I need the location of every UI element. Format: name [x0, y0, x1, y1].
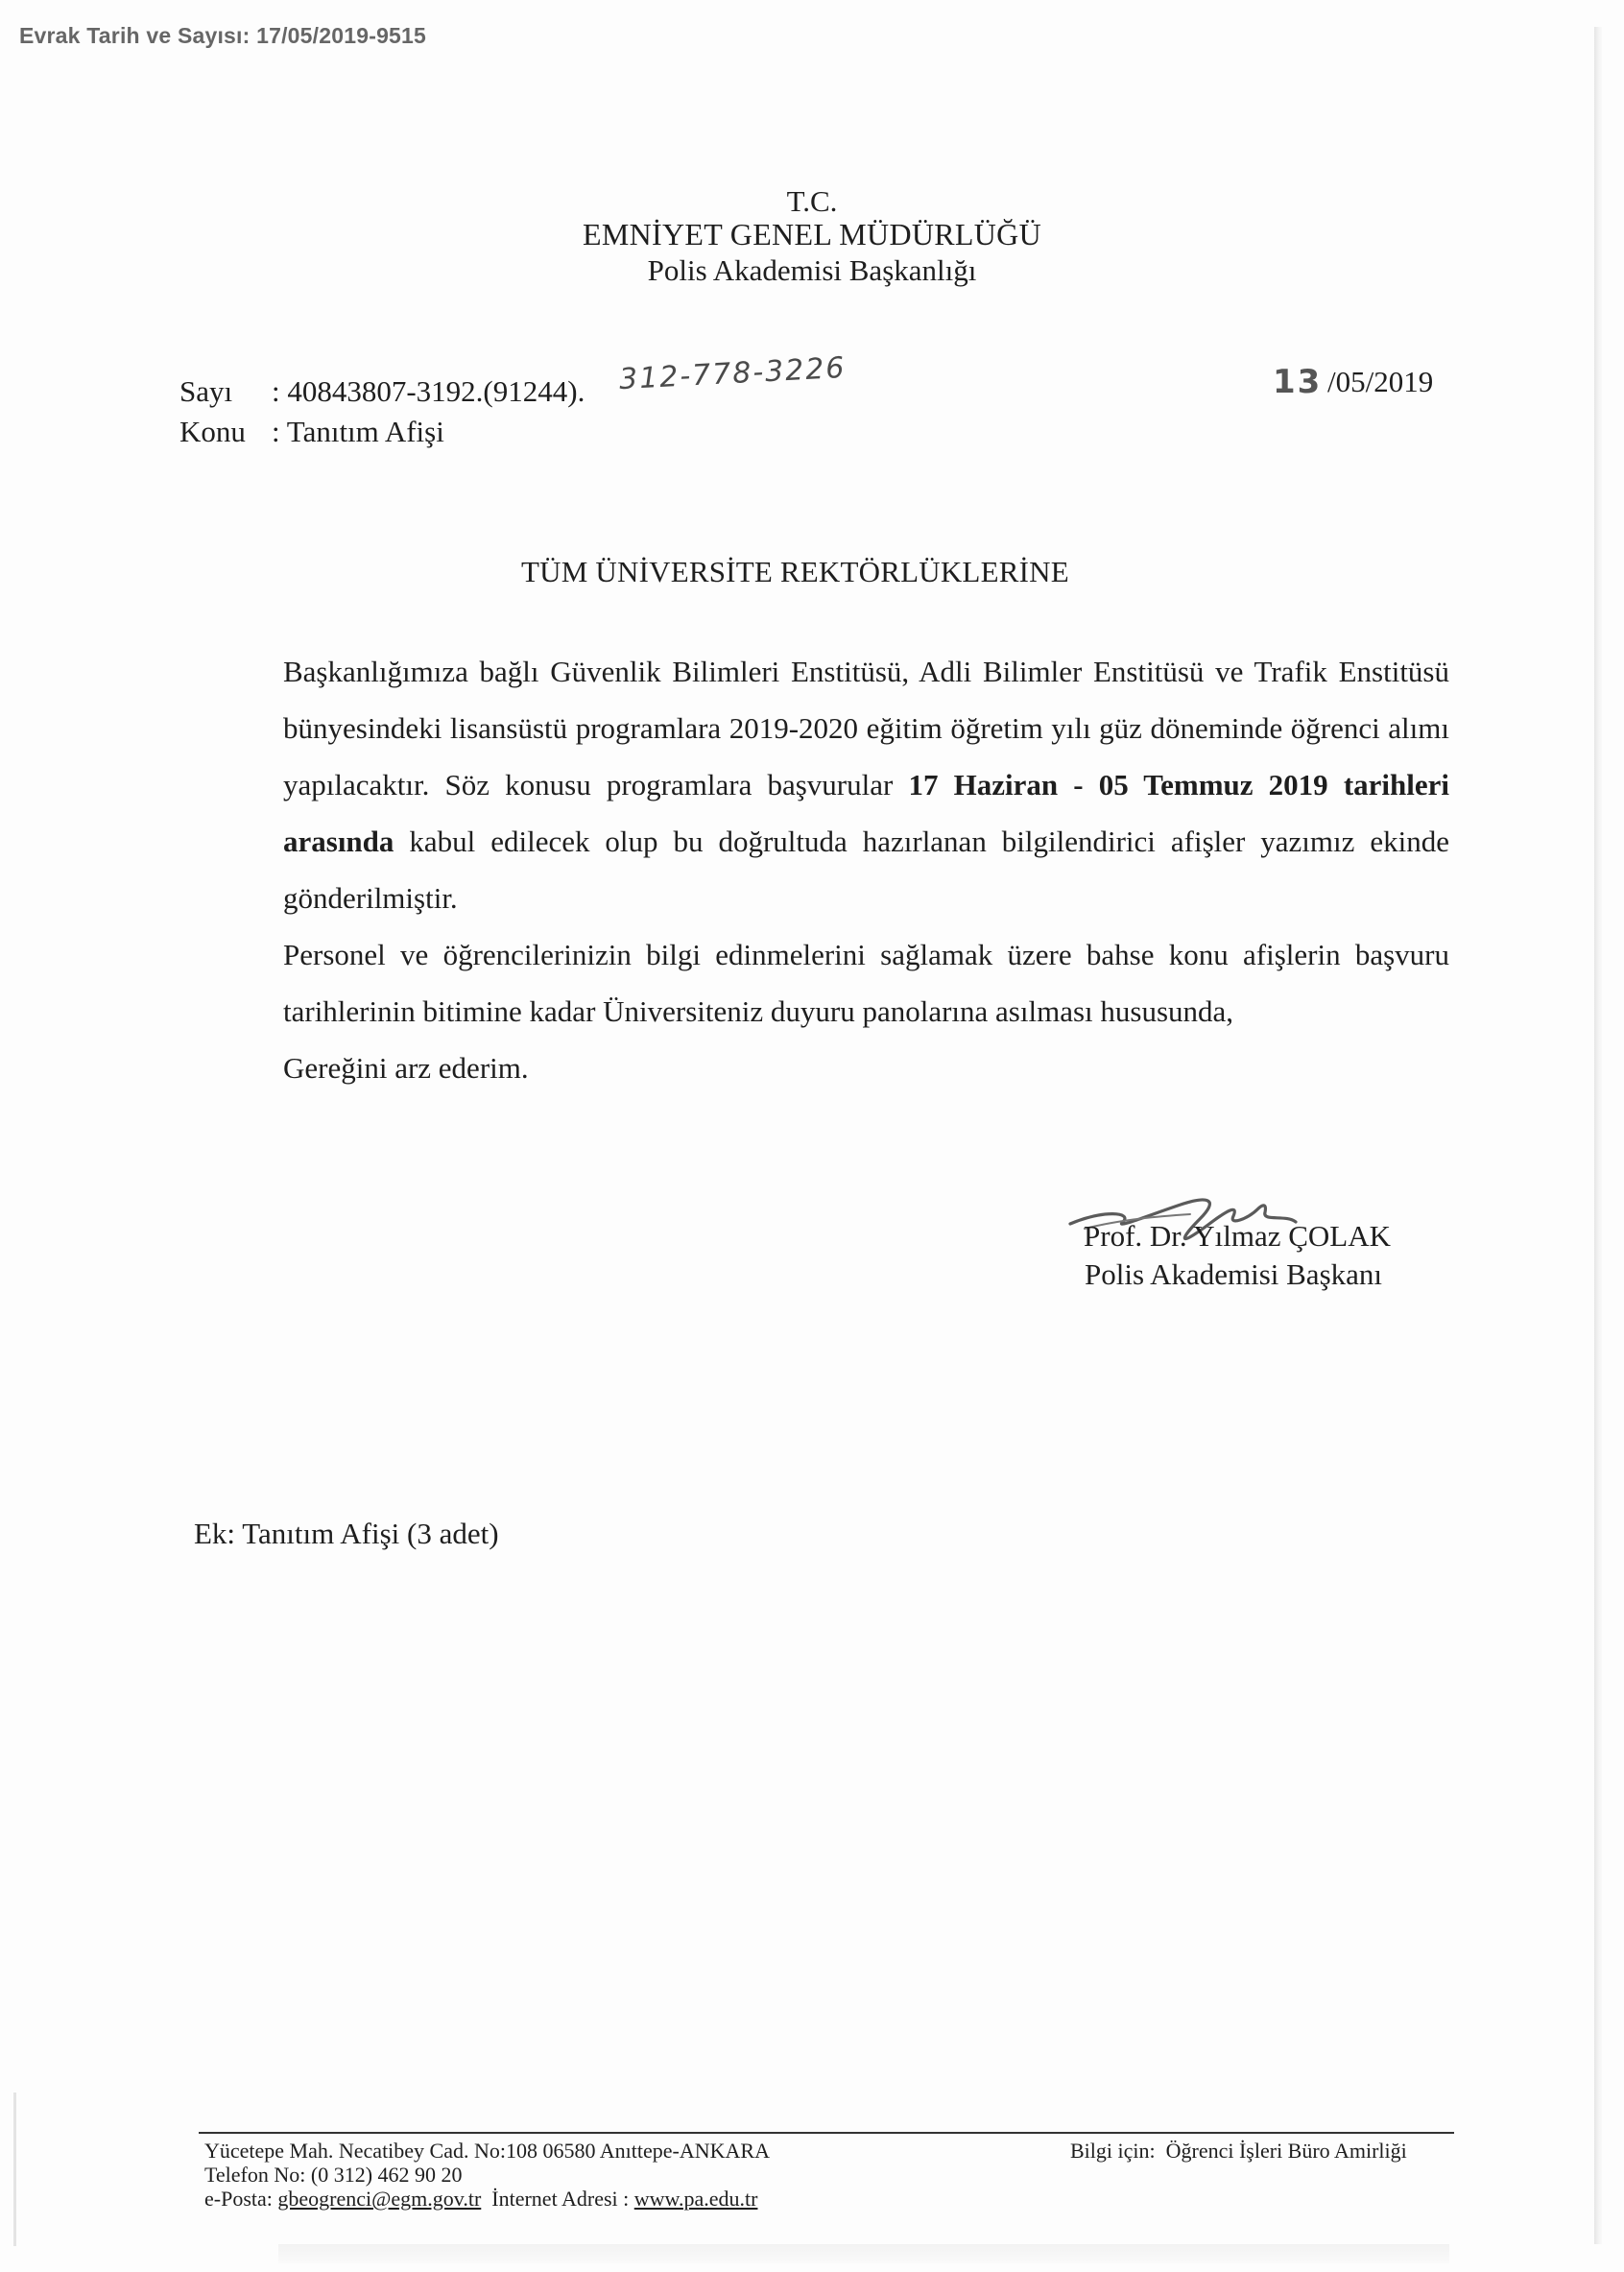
paragraph-2: Personel ve öğrencilerinizin bilgi edinm… [182, 926, 1449, 1040]
letterhead-institution: EMNİYET GENEL MÜDÜRLÜĞÜ [0, 217, 1624, 251]
sayi-handwritten-number: 312-778-3226 [618, 351, 847, 396]
footer-info: Bilgi için: Öğrenci İşleri Büro Amirliği [1070, 2139, 1407, 2163]
date-rest: /05/2019 [1327, 365, 1433, 399]
info-label: Bilgi için: [1070, 2139, 1156, 2163]
letterhead-department: Polis Akademisi Başkanlığı [0, 253, 1624, 288]
attachment-note: Ek: Tanıtım Afişi (3 adet) [194, 1517, 499, 1551]
date-handwritten-day: 13 [1273, 363, 1322, 401]
website-link[interactable]: www.pa.edu.tr [634, 2187, 758, 2211]
signatory-title: Polis Akademisi Başkanı [1085, 1257, 1382, 1292]
footer-contact: e-Posta: gbeogrenci@egm.gov.tr İnternet … [204, 2187, 757, 2211]
scan-shadow-left [13, 2093, 16, 2246]
konu-value: : Tanıtım Afişi [272, 415, 444, 449]
document-stamp: Evrak Tarih ve Sayısı: 17/05/2019-9515 [19, 23, 426, 49]
scan-shadow-bottom [278, 2244, 1449, 2263]
sayi-value: : 40843807-3192.(91244). [272, 374, 585, 409]
letter-body: Başkanlığımıza bağlı Güvenlik Bilimleri … [182, 643, 1449, 1096]
info-value: Öğrenci İşleri Büro Amirliği [1166, 2139, 1407, 2163]
addressee: TÜM ÜNİVERSİTE REKTÖRLÜKLERİNE [521, 555, 1069, 589]
email-link[interactable]: gbeogrenci@egm.gov.tr [277, 2187, 481, 2211]
letterhead-country: T.C. [0, 184, 1624, 219]
sayi-label: Sayı [179, 374, 232, 409]
paragraph-3: Gereğini arz ederim. [182, 1040, 1449, 1096]
scan-shadow-right [1594, 27, 1602, 2244]
signatory-name: Prof. Dr. Yılmaz ÇOLAK [1084, 1219, 1391, 1254]
paragraph-1: Başkanlığımıza bağlı Güvenlik Bilimleri … [182, 643, 1449, 926]
paragraph-1-text-end: kabul edilecek olup bu doğrultuda hazırl… [283, 825, 1449, 915]
web-label: İnternet Adresi : [491, 2187, 629, 2211]
email-label: e-Posta: [204, 2187, 273, 2211]
stamp-value: 17/05/2019-9515 [256, 23, 426, 48]
footer-address: Yücetepe Mah. Necatibey Cad. No:108 0658… [204, 2139, 770, 2163]
footer-divider [199, 2132, 1454, 2134]
stamp-label: Evrak Tarih ve Sayısı: [19, 23, 251, 48]
konu-label: Konu [179, 415, 246, 449]
footer-phone: Telefon No: (0 312) 462 90 20 [204, 2163, 463, 2187]
